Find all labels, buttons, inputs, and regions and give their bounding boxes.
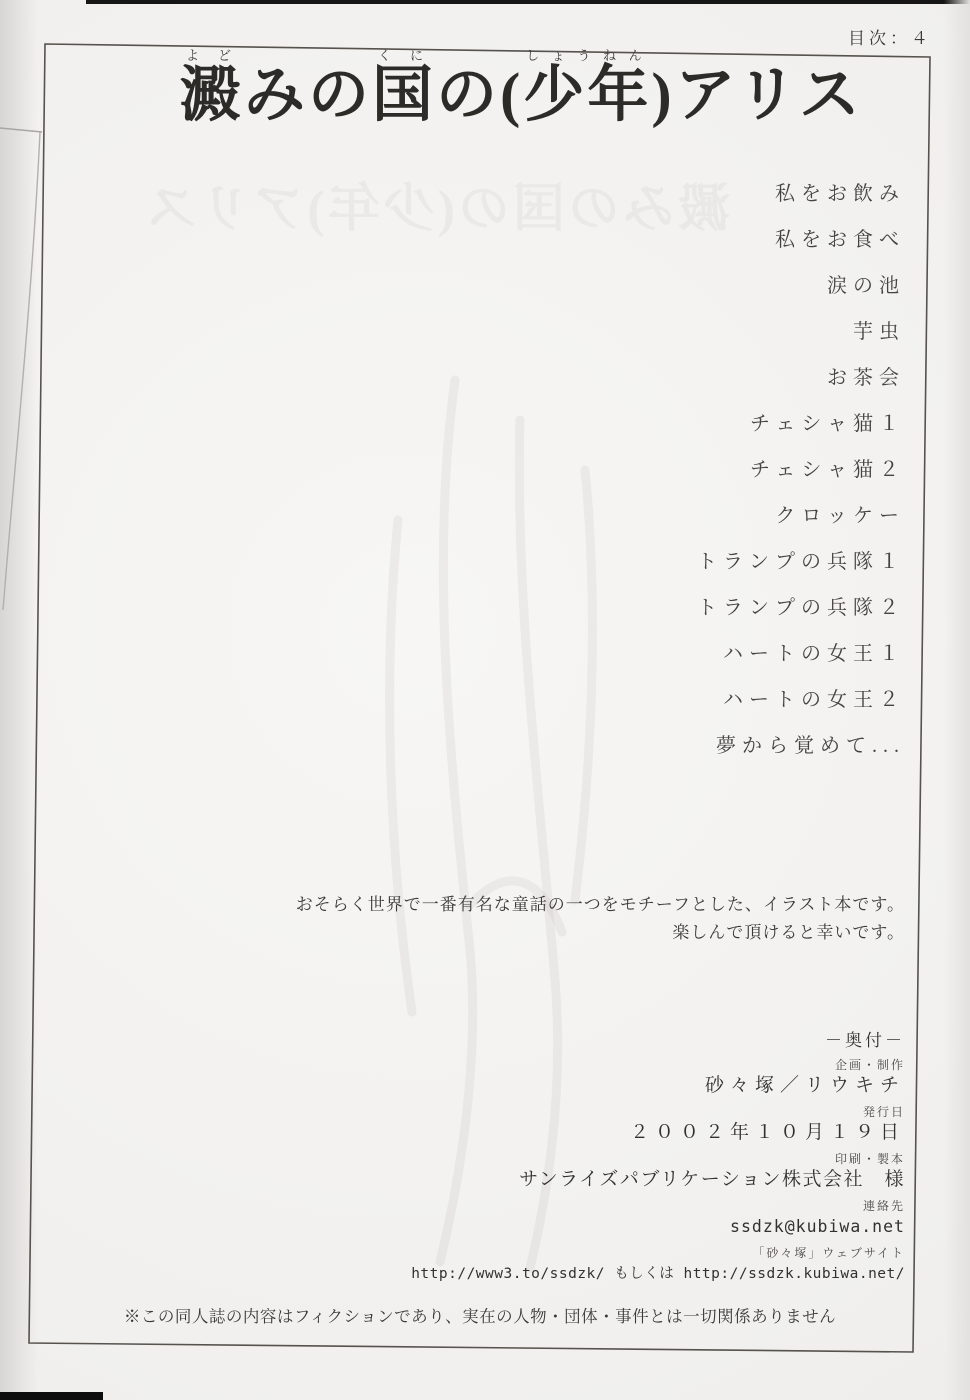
colophon-label: 発行日 [411,1104,905,1121]
colophon-heading: －奥付－ [411,1030,905,1051]
page-title: 澱よどみの国くにの(少年しょうねん)アリス [180,46,863,133]
colophon: －奥付－ 企画・制作砂々塚／リウキチ発行日２００２年１０月１９日印刷・製本サンラ… [411,1030,905,1286]
intro-line-2: 楽しんで頂けると幸いです。 [296,919,905,947]
colophon-label: 「砂々塚」ウェブサイト [411,1245,905,1262]
colophon-value: http://www3.to/ssdzk/ もしくは http://ssdzk.… [411,1262,905,1286]
colophon-entries: 企画・制作砂々塚／リウキチ発行日２００２年１０月１９日印刷・製本サンライズパブリ… [411,1057,905,1286]
colophon-label: 印刷・製本 [411,1151,905,1168]
toc-item: ハートの女王１ [697,631,905,677]
title-text-segment: みの [244,62,372,129]
colophon-value: 砂々塚／リウキチ [411,1074,905,1098]
toc-item: クロッケー [697,493,905,539]
colophon-label: 企画・制作 [411,1057,905,1074]
title-ruby-segment: 澱よど [180,62,244,129]
disclaimer-text: ※この同人誌の内容はフィクションであり、実在の人物・団体・事件とは一切関係ありま… [48,1303,912,1327]
toc-item: トランプの兵隊１ [697,539,905,585]
title-ruby-segment: 少年しょうねん [523,62,651,129]
toc-item: 芋虫 [697,309,905,355]
toc-item: 私をお食べ [697,217,905,263]
colophon-value: ssdzk@kubiwa.net [411,1215,905,1239]
colophon-value: ２００２年１０月１９日 [411,1121,905,1145]
toc-item: 夢から覚めて... [697,723,905,769]
title-text-segment: の( [436,62,523,129]
toc-item: お茶会 [697,355,905,401]
intro-text: おそらく世界で一番有名な童話の一つをモチーフとした、イラスト本です。 楽しんで頂… [296,891,905,947]
scanned-page: 澱みの国の(少年)アリス 目次：４ 澱よどみの国くにの(少年しょうねん)アリス … [0,0,970,1400]
toc-item: トランプの兵隊２ [697,585,905,631]
toc-item: 私をお飲み [697,171,905,217]
toc-item: ハートの女王２ [697,677,905,723]
colophon-label: 連絡先 [411,1198,905,1215]
colophon-value: サンライズパブリケーション株式会社 様 [411,1168,905,1192]
page-content: 目次：４ 澱よどみの国くにの(少年しょうねん)アリス 私をお飲み私をお食べ涙の池… [0,0,970,1400]
title-ruby-segment: 国くに [372,62,436,129]
toc-item: チェシャ猫２ [697,447,905,493]
toc-item: 涙の池 [697,263,905,309]
table-of-contents: 私をお飲み私をお食べ涙の池芋虫お茶会チェシャ猫１チェシャ猫２クロッケートランプの… [697,171,905,769]
intro-line-1: おそらく世界で一番有名な童話の一つをモチーフとした、イラスト本です。 [296,891,905,919]
toc-item: チェシャ猫１ [697,401,905,447]
title-text-segment: )アリス [651,62,863,129]
